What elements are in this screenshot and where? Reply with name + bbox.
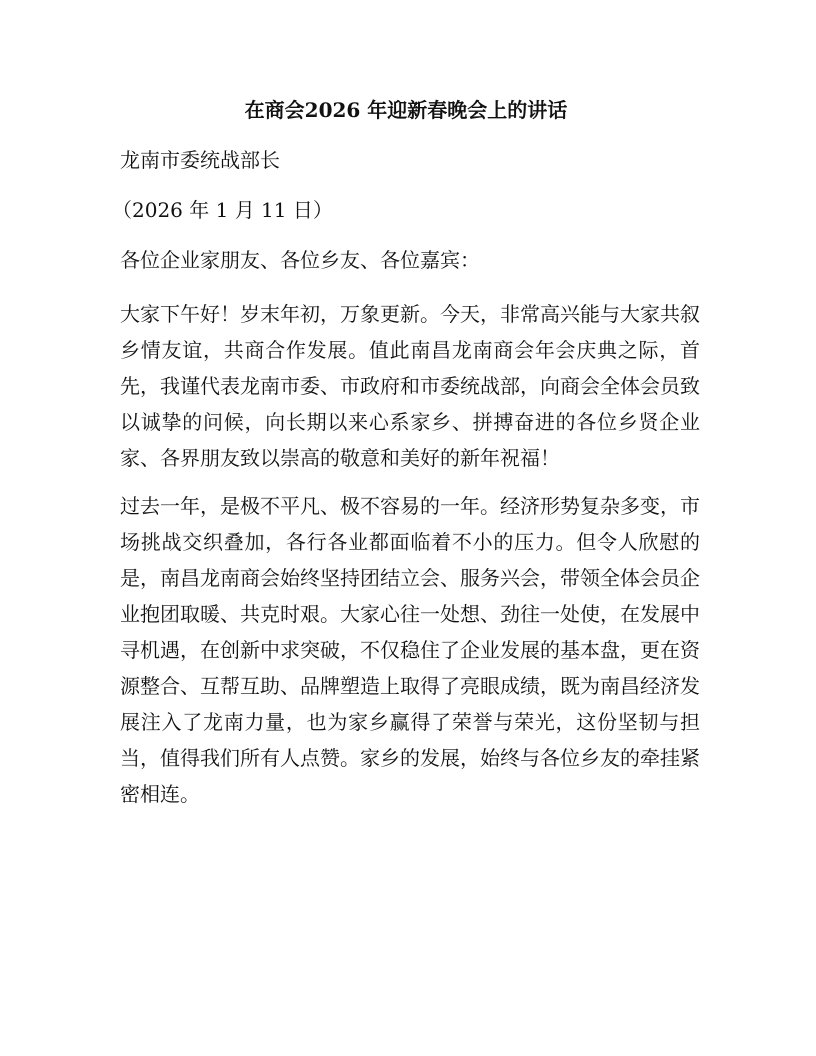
document-page: 在商会2026 年迎新春晚会上的讲话 龙南市委统战部长 （2026 年 1 月 …	[120, 96, 700, 824]
document-title: 在商会2026 年迎新春晚会上的讲话	[116, 96, 696, 124]
speaker-line: 龙南市委统战部长	[120, 146, 700, 174]
paragraph-2: 过去一年，是极不平凡、极不容易的一年。经济形势复杂多变，市场挑战交织叠加，各行各…	[120, 488, 700, 812]
date-line: （2026 年 1 月 11 日）	[112, 196, 700, 224]
salutation: 各位企业家朋友、各位乡友、各位嘉宾：	[120, 246, 700, 274]
paragraph-1: 大家下午好！岁末年初，万象更新。今天，非常高兴能与大家共叙乡情友谊，共商合作发展…	[120, 296, 700, 476]
